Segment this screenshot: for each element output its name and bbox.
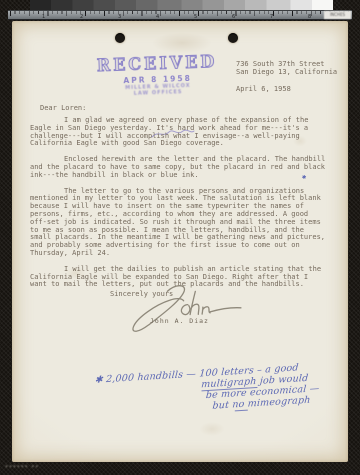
paragraph-1: I am glad we agreed on every phase of th… — [30, 117, 326, 148]
ruler-number: 8 — [308, 14, 311, 20]
ruler-brand-tag: INCHES — [324, 11, 351, 19]
ruler-major-ticks — [10, 11, 350, 16]
letter-date: April 6, 1958 — [236, 86, 337, 94]
ruler-number: 6 — [232, 14, 235, 20]
ruler-number: 5 — [194, 14, 197, 20]
paragraph-3: The letter to go to the various persons … — [30, 188, 326, 258]
handwritten-postscript-note: ✱ 2,000 handbills — 100 letters – a good… — [88, 359, 359, 437]
ruler-number: 3 — [118, 14, 121, 20]
punch-hole — [115, 33, 125, 43]
received-stamp: RECEIVED APR 8 1958 MILLER & WILCOX LAW … — [89, 53, 225, 99]
salutation: Dear Loren: — [40, 105, 86, 113]
punch-hole — [228, 33, 238, 43]
sender-address-block: 736 South 37th Street San Diego 13, Cali… — [236, 61, 337, 93]
ruler-number: 4 — [156, 14, 159, 20]
ruler-number: 1 — [42, 14, 45, 20]
archive-reference-code: •••••• •• — [5, 464, 39, 470]
grayscale-calibration-bar — [30, 0, 333, 10]
address-line-2: San Diego 13, California — [236, 69, 337, 77]
underline-no — [235, 410, 248, 412]
scanned-letter-photo: 1 2 3 4 5 6 7 8 INCHES RECEIVED APR 8 19… — [0, 0, 360, 475]
letter-body: I am glad we agreed on every phase of th… — [30, 117, 326, 297]
handwritten-signature-john — [111, 281, 245, 342]
ruler-number: 7 — [270, 14, 273, 20]
letter-paper: RECEIVED APR 8 1958 MILLER & WILCOX LAW … — [12, 21, 348, 462]
measurement-ruler: 1 2 3 4 5 6 7 8 — [8, 10, 352, 20]
received-stamp-title: RECEIVED — [89, 52, 225, 75]
typed-sender-name: John A. Diaz — [150, 318, 209, 326]
ruler-number: 2 — [80, 14, 83, 20]
paragraph-2: Enclosed herewith are the letter and the… — [30, 156, 326, 179]
